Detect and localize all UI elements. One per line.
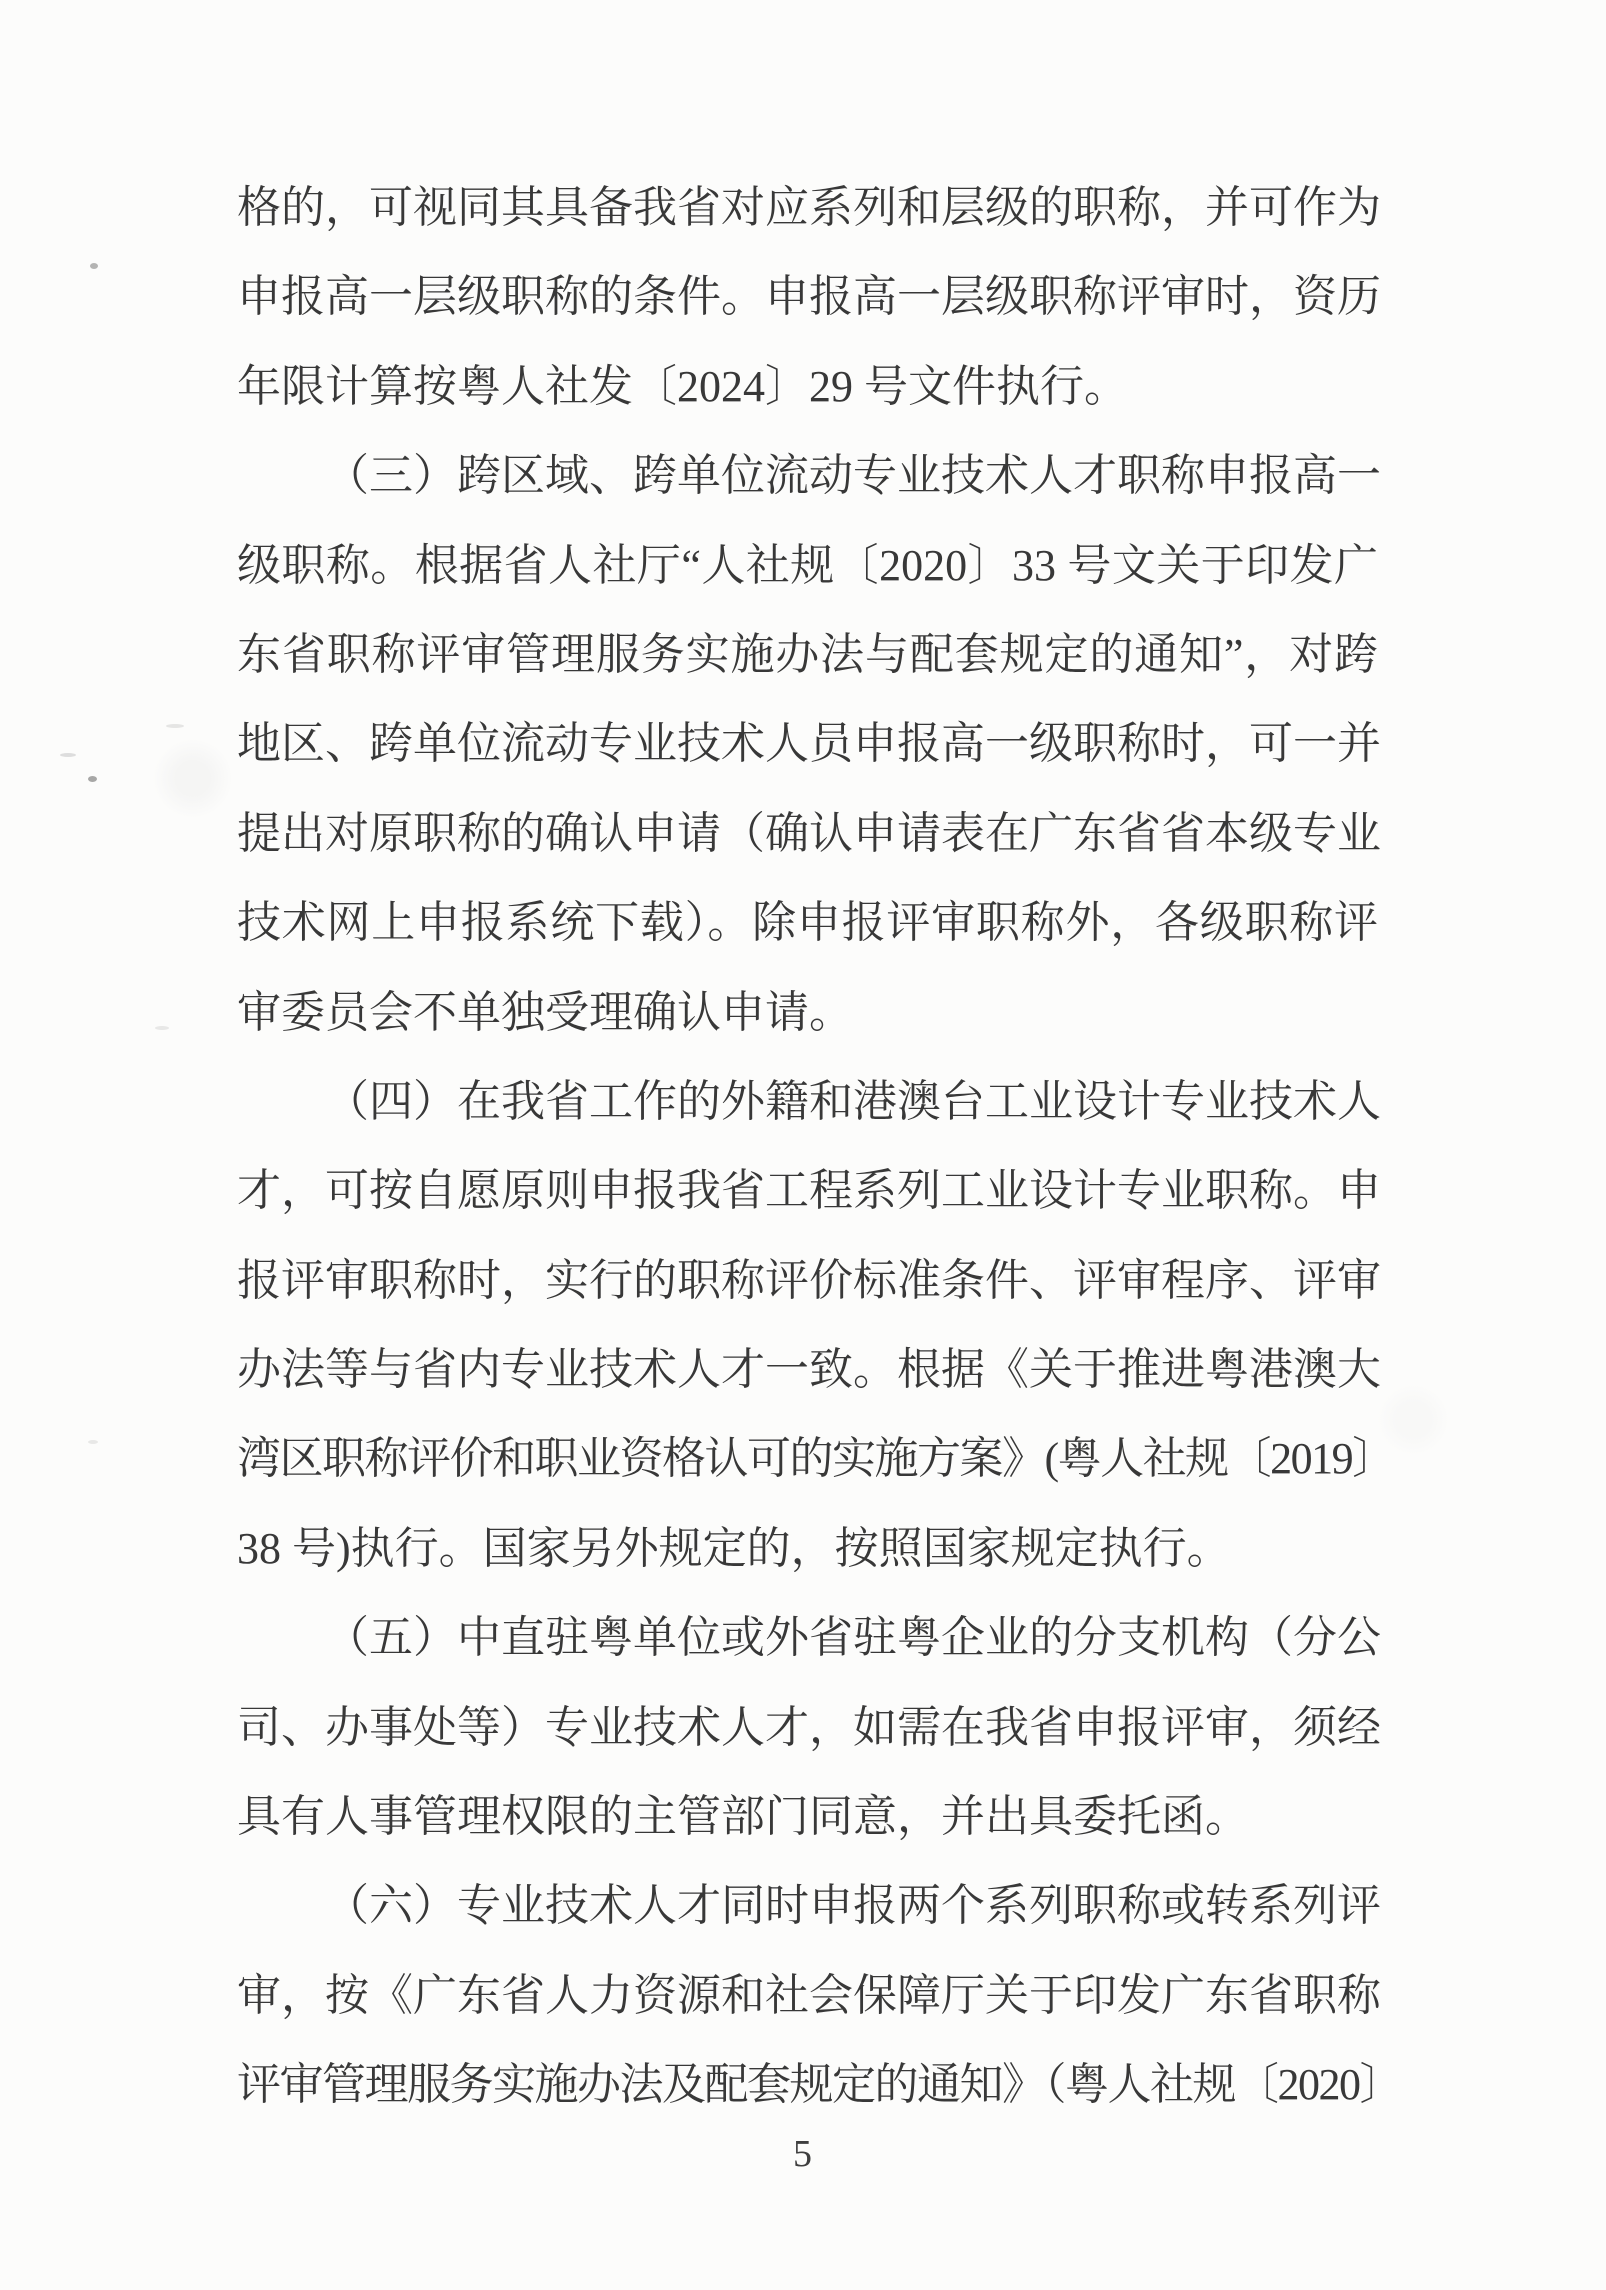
text-line: 地区、跨单位流动专业技术人员申报高一级职称时，可一并 [237,699,1378,788]
document-body: 格的，可视同其具备我省对应系列和层级的职称，并可作为 申报高一层级职称的条件。申… [237,163,1378,2130]
text-line: （三）跨区域、跨单位流动专业技术人才职称申报高一 [237,431,1378,520]
scan-speck [166,724,184,728]
text-line: （六）专业技术人才同时申报两个系列职称或转系列评 [237,1861,1378,1950]
page-number: 5 [0,2132,1606,2176]
text-line: 审委员会不单独受理确认申请。 [237,968,1378,1057]
text-line: 才，可按自愿原则申报我省工程系列工业设计专业职称。申 [237,1146,1378,1235]
text-line: 申报高一层级职称的条件。申报高一层级职称评审时，资历 [237,252,1378,341]
text-line: 报评审职称时，实行的职称评价标准条件、评审程序、评审 [237,1236,1378,1325]
scan-speck [60,753,76,757]
scan-speck [90,263,98,269]
text-line: （四）在我省工作的外籍和港澳台工业设计专业技术人 [237,1057,1378,1146]
text-line: 年限计算按粤人社发〔2024〕29 号文件执行。 [237,342,1378,431]
text-line: 级职称。根据省人社厅“人社规〔2020〕33 号文关于印发广 [237,521,1378,610]
text-line: 东省职称评审管理服务实施办法与配套规定的通知”，对跨 [237,610,1378,699]
text-line: 具有人事管理权限的主管部门同意，并出具委托函。 [237,1772,1378,1861]
document-page: 格的，可视同其具备我省对应系列和层级的职称，并可作为 申报高一层级职称的条件。申… [0,0,1606,2290]
scan-speck [88,776,97,782]
text-line: 提出对原职称的确认申请（确认申请表在广东省省本级专业 [237,789,1378,878]
text-line: 审，按《广东省人力资源和社会保障厅关于印发广东省职称 [237,1951,1378,2040]
text-line: 38 号)执行。国家另外规定的，按照国家规定执行。 [237,1504,1378,1593]
text-line: 技术网上申报系统下载）。除申报评审职称外，各级职称评 [237,878,1378,967]
text-line: 湾区职称评价和职业资格认可的实施方案》(粤人社规〔2019〕 [237,1414,1378,1503]
scan-speck [155,1026,169,1030]
text-line: （五）中直驻粤单位或外省驻粤企业的分支机构（分公 [237,1593,1378,1682]
scan-speck [88,1440,98,1444]
text-line: 办法等与省内专业技术人才一致。根据《关于推进粤港澳大 [237,1325,1378,1414]
text-line: 评审管理服务实施办法及配套规定的通知》（粤人社规〔2020〕 [237,2040,1378,2129]
text-line: 格的，可视同其具备我省对应系列和层级的职称，并可作为 [237,163,1378,252]
text-line: 司、办事处等）专业技术人才，如需在我省申报评审，须经 [237,1683,1378,1772]
